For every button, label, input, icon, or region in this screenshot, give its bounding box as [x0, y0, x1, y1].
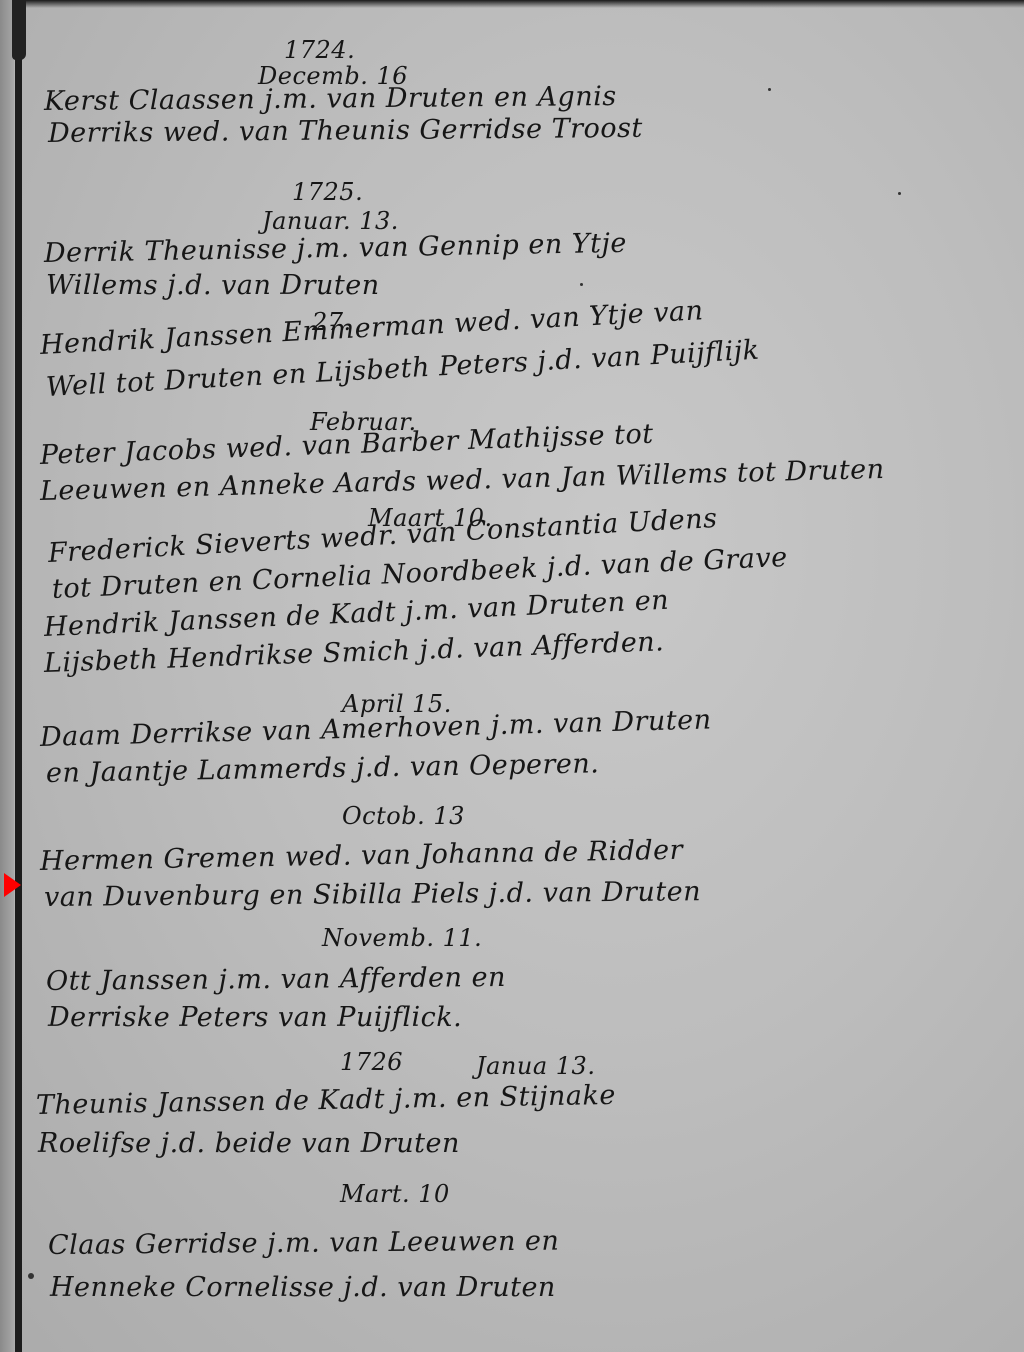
date-heading-januar-13: Januar. 13. — [262, 207, 399, 235]
entry-8-line-2: van Duvenburg en Sibilla Piels j.d. van … — [44, 876, 701, 913]
entry-11-line-2: Henneke Cornelisse j.d. van Druten — [50, 1272, 556, 1303]
year-heading-1726: 1726 — [340, 1048, 403, 1076]
red-pointer-marker-icon — [4, 873, 21, 897]
year-heading-1724: 1724. — [284, 36, 355, 64]
entry-1-line-2: Derriks wed. van Theunis Gerridse Troost — [48, 113, 643, 149]
scan-speck — [768, 88, 771, 91]
date-heading-mart-10: Mart. 10 — [340, 1180, 450, 1208]
left-margin-strip — [0, 0, 14, 1352]
entry-9-line-2: Derriske Peters van Puijflick. — [48, 1002, 462, 1033]
binding-line — [15, 0, 22, 1352]
entry-2-line-2: Willems j.d. van Druten — [46, 270, 380, 301]
year-heading-1725: 1725. — [292, 178, 363, 206]
scanned-page: 1724. Decemb. 16 Kerst Claassen j.m. van… — [0, 0, 1024, 1352]
entry-10-line-1: Theunis Janssen de Kadt j.m. en Stijnake — [36, 1080, 616, 1121]
entry-8-line-1: Hermen Gremen wed. van Johanna de Ridder — [40, 835, 684, 877]
date-heading-octob-13: Octob. 13 — [342, 802, 465, 830]
entry-11-line-1: Claas Gerridse j.m. van Leeuwen en — [48, 1226, 560, 1261]
margin-ink-dot — [28, 1273, 34, 1279]
scan-speck — [580, 283, 583, 286]
binding-ink-blot — [12, 0, 26, 60]
entry-9-line-1: Ott Janssen j.m. van Afferden en — [46, 962, 506, 997]
entry-1-line-1: Kerst Claassen j.m. van Druten en Agnis — [44, 81, 617, 117]
page-top-edge-shadow — [0, 0, 1024, 8]
entry-7-line-2: en Jaantje Lammerds j.d. van Oeperen. — [46, 748, 600, 789]
date-heading-janua-13: Janua 13. — [476, 1052, 595, 1080]
entry-10-line-2: Roelifse j.d. beide van Druten — [38, 1128, 460, 1159]
entry-2-line-1: Derrik Theunisse j.m. van Gennip en Ytje — [44, 228, 627, 269]
scan-speck — [898, 192, 901, 195]
date-heading-novemb-11: Novemb. 11. — [322, 924, 482, 952]
